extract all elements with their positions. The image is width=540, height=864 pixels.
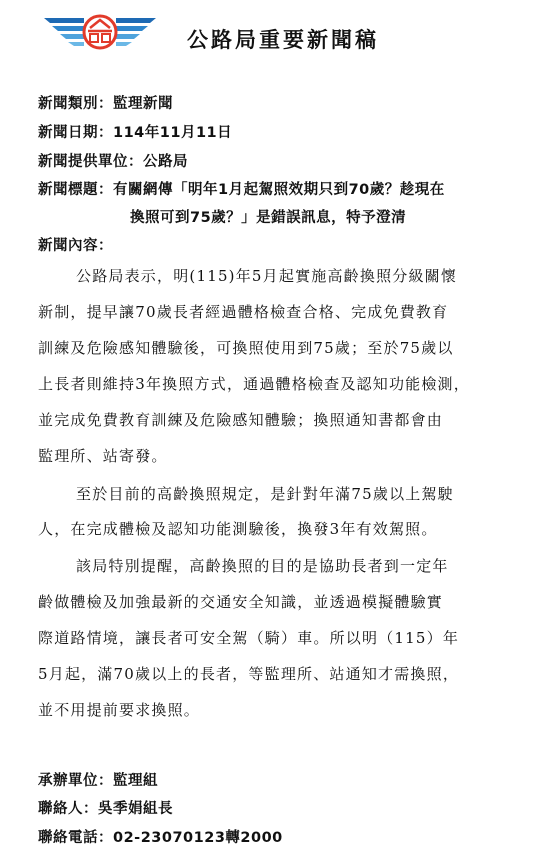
news-provider: 新聞提供單位：公路局 [38,150,188,171]
news-category-label: 新聞類別： [38,96,113,112]
document-title: 公路局重要新聞稿 [187,24,379,54]
news-date: 新聞日期：114年11月11日 [38,121,232,142]
body-line: 並完成免費教育訓練及危險感知體驗；換照通知書都會由 [38,409,443,430]
body-line: 公路局表示，明(115)年5月起實施高齡換照分級關懷 [76,265,457,286]
body-line: 人，在完成體檢及認知功能測驗後，換發3年有效駕照。 [38,518,438,539]
news-category: 新聞類別：監理新聞 [38,92,173,113]
body-line: 至於目前的高齡換照規定，是針對年滿75歲以上駕駛 [76,483,454,504]
body-line: 5月起，滿70歲以上的長者，等監理所、站通知才需換照， [38,663,459,684]
highway-bureau-logo-icon [44,14,156,50]
footer-contact-value: 吳季娟組長 [98,801,173,817]
footer-contact-label: 聯絡人： [38,801,98,817]
footer-unit-value: 監理組 [113,773,158,789]
news-date-value: 114年11月11日 [113,125,232,141]
news-date-label: 新聞日期： [38,125,113,141]
body-line: 新制，提早讓70歲長者經過體格檢查合格、完成免費教育 [38,301,448,322]
news-headline: 新聞標題：有關網傳「明年1月起駕照效期只到70歲？趁現在 [38,178,445,199]
footer-unit: 承辦單位：監理組 [38,769,158,790]
body-line: 該局特別提醒，高齡換照的目的是協助長者到一定年 [76,555,449,576]
body-line: 訓練及危險感知體驗後，可換照使用到75歲；至於75歲以 [38,337,454,358]
news-provider-value: 公路局 [143,154,188,170]
footer-unit-label: 承辦單位： [38,773,113,789]
document-header: 公路局重要新聞稿 [0,0,540,70]
body-line: 際道路情境，讓長者可安全駕（騎）車。所以明（115）年 [38,627,459,648]
news-content-label: 新聞內容： [38,234,113,255]
news-provider-label: 新聞提供單位： [38,154,143,170]
news-headline-line1: 有關網傳「明年1月起駕照效期只到70歲？趁現在 [113,182,445,198]
body-line: 上長者則維持3年換照方式，通過體格檢查及認知功能檢測， [38,373,470,394]
footer-phone-value: 02-23070123轉2000 [113,830,283,846]
body-line: 齡做體檢及加強最新的交通安全知識，並透過模擬體驗實 [38,591,443,612]
body-line: 並不用提前要求換照。 [38,699,200,720]
body-line: 監理所、站寄發。 [38,445,168,466]
footer-contact: 聯絡人：吳季娟組長 [38,797,173,818]
news-category-value: 監理新聞 [113,96,173,112]
footer-phone: 聯絡電話：02-23070123轉2000 [38,826,283,847]
news-headline-line2: 換照可到75歲？」是錯誤訊息，特予澄清 [130,206,406,227]
news-headline-label: 新聞標題： [38,182,113,198]
footer-phone-label: 聯絡電話： [38,830,113,846]
